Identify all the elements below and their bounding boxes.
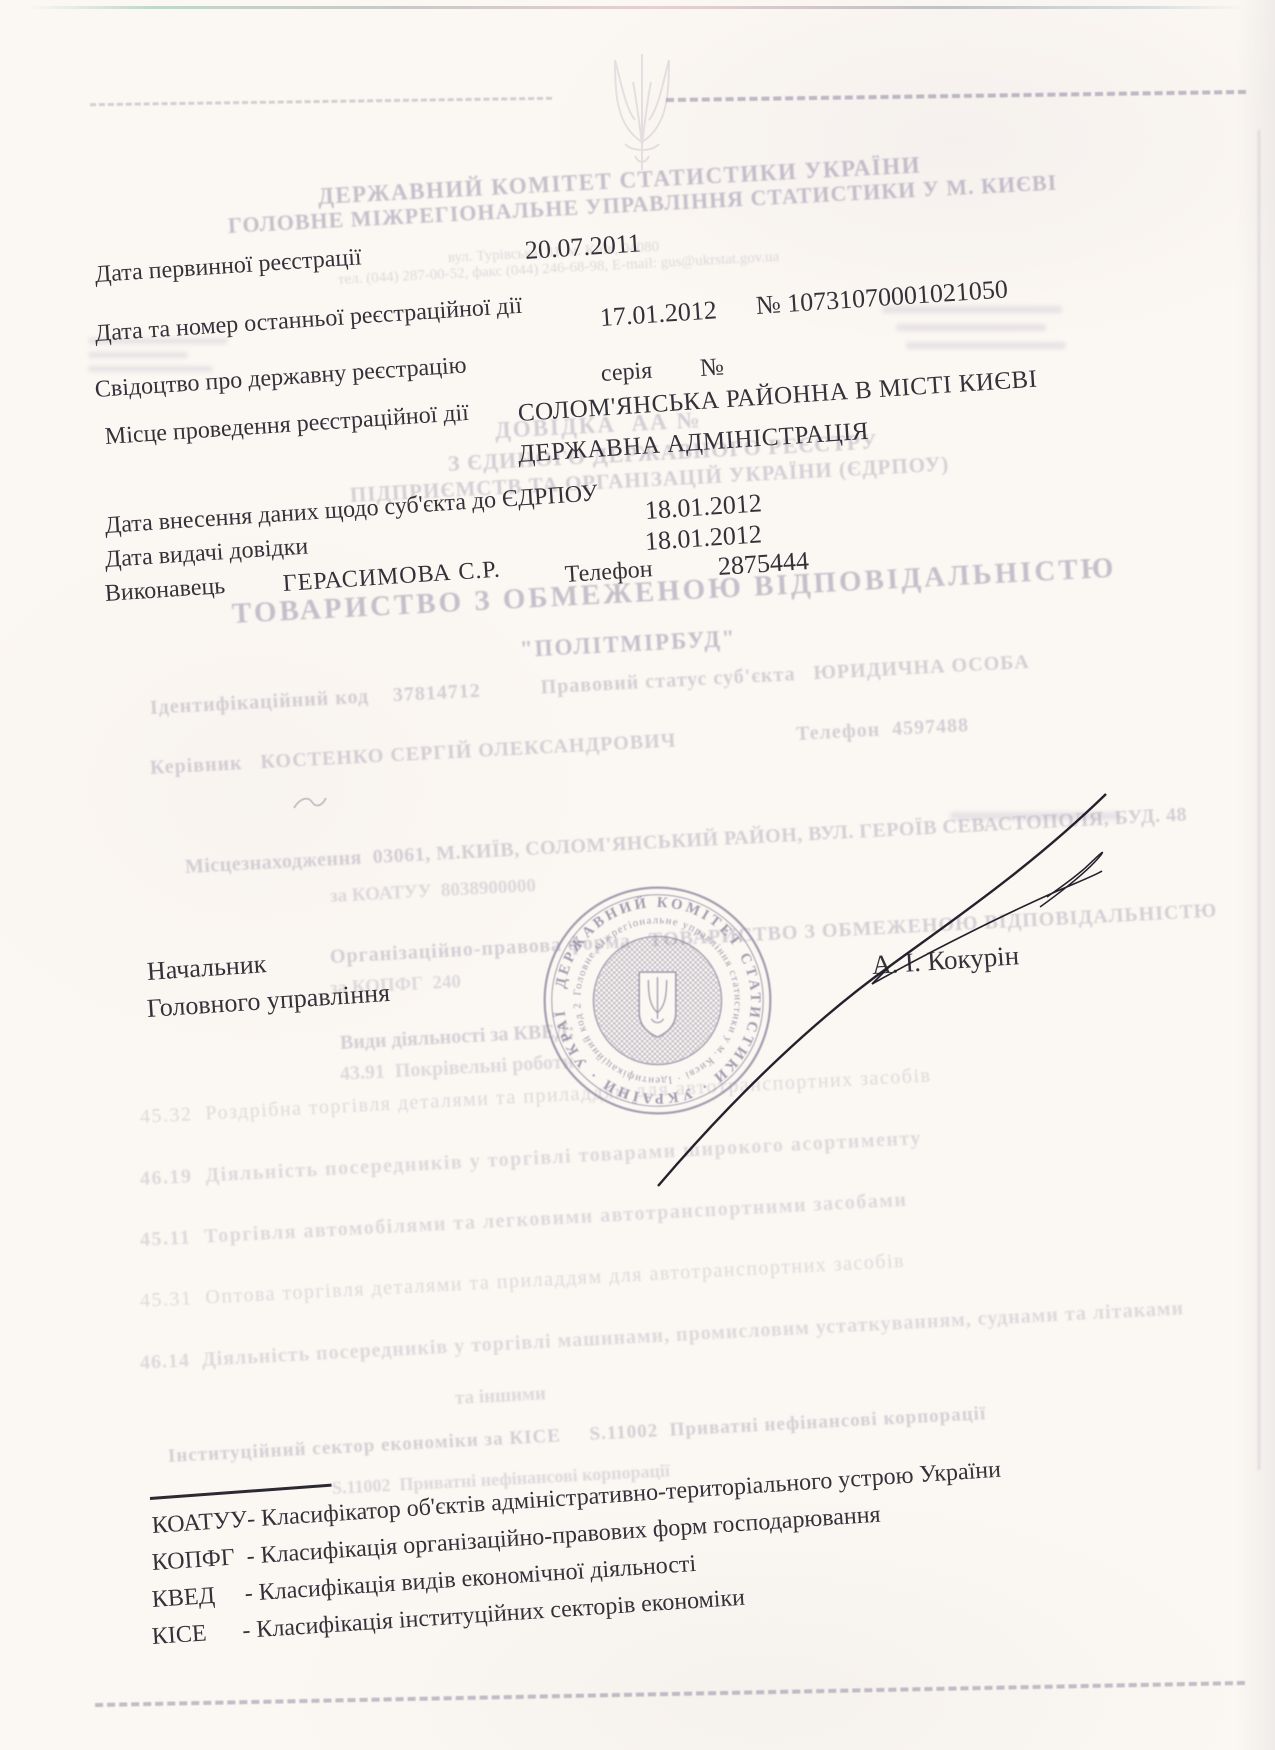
signer-title-line2: Головного управління <box>146 978 391 1024</box>
legend-separator-line <box>150 1484 332 1500</box>
executor-phone-value: 2875444 <box>717 546 810 582</box>
signer-title-line1: Начальник <box>146 949 267 987</box>
ghost-kved-item-4: 45.31 Оптова торгівля деталями та прилад… <box>139 1250 905 1312</box>
registration-place-label: Місце проведення реєстраційної дії <box>104 400 470 452</box>
ghost-id-code-row: Ідентифікаційний код 37814712 Правовий с… <box>149 651 1030 719</box>
ghost-company-name-line2: "ПОЛІТМІРБУД" <box>519 626 737 663</box>
ghost-smudge <box>896 324 1046 331</box>
ghost-smudge <box>88 352 188 358</box>
scanned-document-page: ДЕРЖАВНИЙ КОМІТЕТ СТАТИСТИКИ УКРАЇНИ ГОЛ… <box>0 0 1275 1750</box>
registration-place-value-line1: СОЛОМ'ЯНСЬКА РАЙОННА В МІСТІ КИЄВІ <box>517 366 1038 429</box>
issue-date-label: Дата видачі довідки <box>104 534 309 575</box>
certificate-seria-label: серія <box>600 358 653 389</box>
ghost-kved-item-5a: 46.14 Діяльність посередників у торгівлі… <box>139 1297 1184 1374</box>
trident-watermark-icon <box>585 52 700 182</box>
stray-mark <box>290 790 330 816</box>
ghost-perforation-line-top-left <box>90 97 552 106</box>
paper-fold-line <box>1258 130 1260 1470</box>
scan-edge-artifact <box>28 6 1246 9</box>
primary-registration-date-label: Дата первинної реєстрації <box>94 244 362 289</box>
executor-label: Виконавець <box>104 573 226 609</box>
ghost-perforation-line-bottom <box>95 1681 1245 1707</box>
certificate-label: Свідоцтво про державну реєстрацію <box>94 352 467 404</box>
last-action-label: Дата та номер останньої реєстраційної ді… <box>94 293 523 349</box>
ghost-kved-item-5b: та іншими <box>454 1383 546 1409</box>
ghost-perforation-line-top-right <box>666 90 1246 102</box>
last-action-date-value: 17.01.2012 <box>599 295 718 333</box>
executor-phone-label: Телефон <box>564 556 653 589</box>
signature <box>600 760 1140 1210</box>
certificate-number-sign: № <box>699 353 725 383</box>
ghost-kise-row1: Інституційний сектор економіки за КІСЕ S… <box>167 1403 986 1467</box>
last-action-number-value: № 10731070001021050 <box>755 274 1009 321</box>
ghost-smudge <box>906 342 1066 349</box>
